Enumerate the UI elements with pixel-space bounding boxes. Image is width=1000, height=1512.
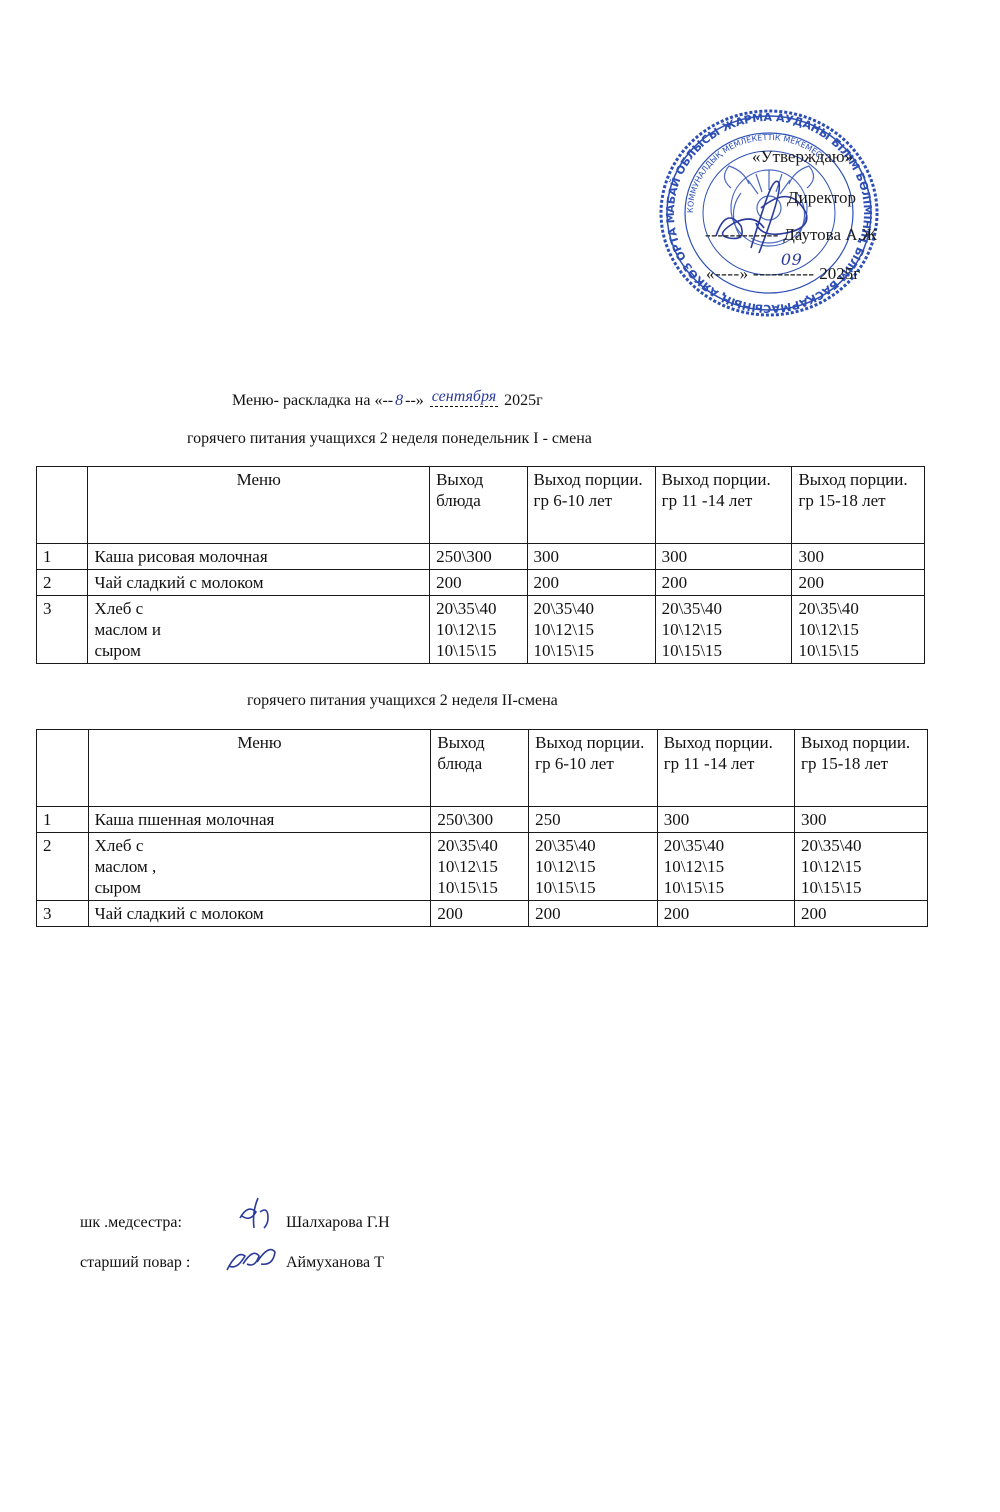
approval-year: 2025г: [819, 264, 860, 283]
signature-role: старший повар :: [80, 1254, 190, 1271]
title-year: 2025г: [500, 392, 543, 409]
table-row: 2 Чай сладкий с молоком 200 200 200 200: [37, 570, 925, 596]
page-title: Меню- раскладка на «--8--» сентября 2025…: [232, 392, 543, 411]
handwritten-signature-icon: [223, 1244, 278, 1276]
cell-output: 200: [431, 901, 529, 927]
approval-month-handwritten: 09: [781, 252, 802, 268]
menu-table-shift-2: Меню Выход блюда Выход порции. гр 6-10 л…: [36, 729, 928, 927]
header-portion-15-18: Выход порции. гр 15-18 лет: [795, 730, 928, 807]
cell-g3: 20\35\40 10\12\15 10\15\15: [795, 833, 928, 901]
director-name: Даутова А.Ж: [783, 225, 877, 244]
cell-g1: 200: [529, 901, 658, 927]
cell-g1: 250: [529, 807, 658, 833]
table-header-row: Меню Выход блюда Выход порции. гр 6-10 л…: [37, 730, 928, 807]
cell-num: 2: [37, 570, 88, 596]
cell-output: 20\35\40 10\12\15 10\15\15: [430, 596, 527, 664]
cell-num: 2: [37, 833, 89, 901]
signature-blank: ------------: [705, 225, 779, 244]
cell-g1: 20\35\40 10\12\15 10\15\15: [527, 596, 655, 664]
signature-cook: старший повар : Аймуханова Т: [80, 1254, 190, 1272]
handwritten-day: 8: [395, 392, 403, 410]
cell-dish: Хлеб с маслом , сыром: [88, 833, 431, 901]
signature-name: Аймуханова Т: [286, 1254, 384, 1272]
handwritten-month: сентября: [430, 388, 498, 407]
approval-date-line: «----» ---------- 09 2025г: [706, 265, 860, 282]
cell-g3: 300: [795, 807, 928, 833]
cell-num: 3: [37, 596, 88, 664]
table-row: 3 Хлеб с маслом и сыром 20\35\40 10\12\1…: [37, 596, 925, 664]
section1-subtitle: горячего питания учащихся 2 неделя понед…: [187, 430, 592, 448]
cell-output: 200: [430, 570, 527, 596]
section2-subtitle: горячего питания учащихся 2 неделя II-см…: [247, 692, 558, 710]
official-stamp: АБАЙ ОБЛЫСЫ ЖАРМА АУДАНЫ БІЛІМ БӨЛІМІНІҢ…: [656, 108, 882, 318]
header-menu: Меню: [88, 730, 431, 807]
cell-g3: 200: [795, 901, 928, 927]
cell-g2: 200: [657, 901, 794, 927]
cell-num: 1: [37, 544, 88, 570]
cell-g2: 20\35\40 10\12\15 10\15\15: [655, 596, 792, 664]
cell-g1: 200: [527, 570, 655, 596]
cell-g2: 300: [655, 544, 792, 570]
signature-nurse: шк .медсестра: Шалхарова Г.Н: [80, 1214, 182, 1232]
stamp-emblem-icon: АБАЙ ОБЛЫСЫ ЖАРМА АУДАНЫ БІЛІМ БӨЛІМІНІҢ…: [656, 108, 882, 318]
cell-g3: 300: [792, 544, 925, 570]
header-portion-6-10: Выход порции. гр 6-10 лет: [529, 730, 658, 807]
cell-num: 3: [37, 901, 89, 927]
cell-g2: 300: [657, 807, 794, 833]
signature-name: Шалхарова Г.Н: [286, 1214, 390, 1232]
cell-g1: 300: [527, 544, 655, 570]
approval-heading: «Утверждаю»: [752, 148, 853, 165]
header-portion-15-18: Выход порции. гр 15-18 лет: [792, 467, 925, 544]
table-row: 1 Каша пшенная молочная 250\300 250 300 …: [37, 807, 928, 833]
approval-signature-line: ------------ Даутова А.Ж: [705, 226, 877, 243]
cell-output: 20\35\40 10\12\15 10\15\15: [431, 833, 529, 901]
approval-day-blank: «----»: [706, 264, 749, 283]
cell-g2: 20\35\40 10\12\15 10\15\15: [657, 833, 794, 901]
header-portion-6-10: Выход порции. гр 6-10 лет: [527, 467, 655, 544]
table-row: 3 Чай сладкий с молоком 200 200 200 200: [37, 901, 928, 927]
header-dish-output: Выход блюда: [430, 467, 527, 544]
table-row: 2 Хлеб с маслом , сыром 20\35\40 10\12\1…: [37, 833, 928, 901]
header-dish-output: Выход блюда: [431, 730, 529, 807]
approval-month-blank: ---------- 09: [753, 264, 819, 283]
cell-dish: Чай сладкий с молоком: [88, 901, 431, 927]
header-num: [37, 730, 89, 807]
header-menu: Меню: [88, 467, 430, 544]
menu-table-shift-1: Меню Выход блюда Выход порции. гр 6-10 л…: [36, 466, 925, 664]
cell-g3: 20\35\40 10\12\15 10\15\15: [792, 596, 925, 664]
handwritten-signature-icon: [230, 1196, 280, 1236]
cell-output: 250\300: [431, 807, 529, 833]
header-num: [37, 467, 88, 544]
header-portion-11-14: Выход порции. гр 11 -14 лет: [657, 730, 794, 807]
cell-g3: 200: [792, 570, 925, 596]
header-portion-11-14: Выход порции. гр 11 -14 лет: [655, 467, 792, 544]
cell-dish: Хлеб с маслом и сыром: [88, 596, 430, 664]
cell-dish: Чай сладкий с молоком: [88, 570, 430, 596]
cell-dish: Каша пшенная молочная: [88, 807, 431, 833]
cell-output: 250\300: [430, 544, 527, 570]
cell-dish: Каша рисовая молочная: [88, 544, 430, 570]
table-header-row: Меню Выход блюда Выход порции. гр 6-10 л…: [37, 467, 925, 544]
table-row: 1 Каша рисовая молочная 250\300 300 300 …: [37, 544, 925, 570]
cell-g1: 20\35\40 10\12\15 10\15\15: [529, 833, 658, 901]
approval-role: Директор: [787, 189, 856, 206]
signature-role: шк .медсестра:: [80, 1214, 182, 1231]
cell-g2: 200: [655, 570, 792, 596]
cell-num: 1: [37, 807, 89, 833]
